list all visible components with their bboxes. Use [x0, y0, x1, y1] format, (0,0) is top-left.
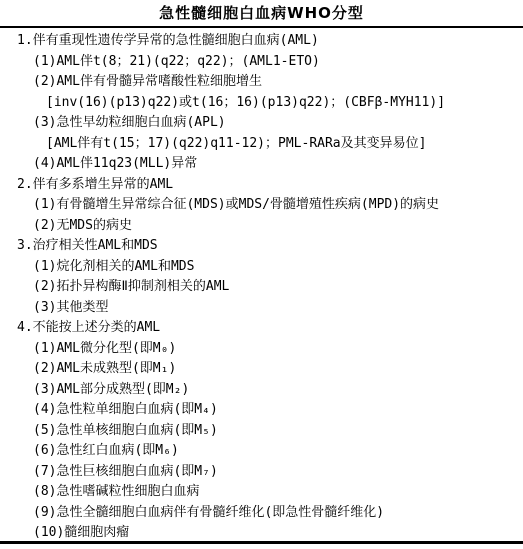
list-item: (2)拓扑异构酶Ⅱ抑制剂相关的AML	[0, 277, 523, 298]
list-item: 4.不能按上述分类的AML	[0, 318, 523, 339]
list-item: (2)无MDS的病史	[0, 216, 523, 237]
classification-table: 急性髓细胞白血病WHO分型 1.伴有重现性遗传学异常的急性髓细胞白血病(AML)…	[0, 0, 523, 549]
list-item: (5)急性单核细胞白血病(即M₅)	[0, 421, 523, 442]
list-item: (4)急性粒单细胞白血病(即M₄)	[0, 400, 523, 421]
list-item: (9)急性全髓细胞白血病伴有骨髓纤维化(即急性骨髓纤维化)	[0, 503, 523, 524]
list-item: (1)AML微分化型(即M₀)	[0, 339, 523, 360]
list-item: 1.伴有重现性遗传学异常的急性髓细胞白血病(AML)	[0, 31, 523, 52]
list-item: [AML伴有t(15；17)(q22)q11-12)；PML-RARa及其变异易…	[0, 134, 523, 155]
list-item: (3)其他类型	[0, 298, 523, 319]
list-item: (4)AML伴11q23(MLL)异常	[0, 154, 523, 175]
list-item: (8)急性嗜碱粒性细胞白血病	[0, 482, 523, 503]
list-item: 2.伴有多系增生异常的AML	[0, 175, 523, 196]
list-item: (1)有骨髓增生异常综合征(MDS)或MDS/骨髓增殖性疾病(MPD)的病史	[0, 195, 523, 216]
list-item: [inv(16)(p13)q22)或t(16；16)(p13)q22)；(CBF…	[0, 93, 523, 114]
list-item: (1)AML伴t(8；21)(q22；q22)；(AML1-ETO)	[0, 52, 523, 73]
list-item: (2)AML未成熟型(即M₁)	[0, 359, 523, 380]
list-item: (6)急性红白血病(即M₆)	[0, 441, 523, 462]
list-item: (2)AML伴有骨髓异常嗜酸性粒细胞增生	[0, 72, 523, 93]
list-item: (3)AML部分成熟型(即M₂)	[0, 380, 523, 401]
list-item: (7)急性巨核细胞白血病(即M₇)	[0, 462, 523, 483]
list-item: 3.治疗相关性AML和MDS	[0, 236, 523, 257]
classification-list: 1.伴有重现性遗传学异常的急性髓细胞白血病(AML) (1)AML伴t(8；21…	[0, 28, 523, 541]
page-title: 急性髓细胞白血病WHO分型	[0, 0, 523, 26]
list-item: (3)急性早幼粒细胞白血病(APL)	[0, 113, 523, 134]
list-item: (1)烷化剂相关的AML和MDS	[0, 257, 523, 278]
